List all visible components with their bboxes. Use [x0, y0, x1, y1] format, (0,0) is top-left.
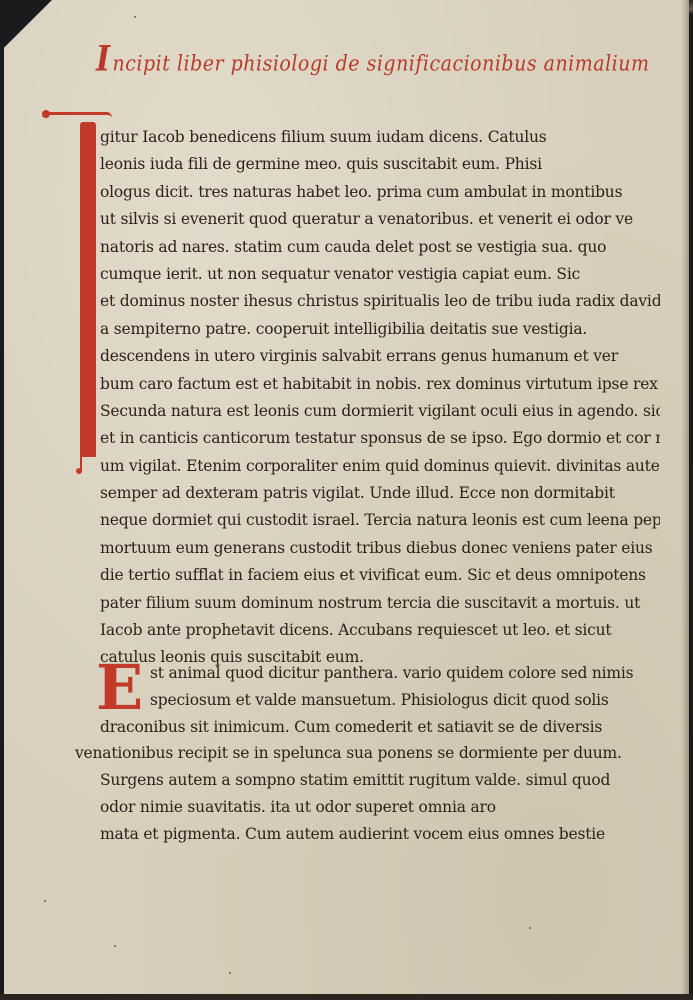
text-line: neque dormiet qui custodit israel. Terci… [100, 507, 660, 536]
parchment-speck [44, 900, 46, 902]
parchment-speck [529, 927, 531, 929]
text-section-panther: st animal quod dicitur panthera. vario q… [100, 660, 660, 848]
text-line: bum caro factum est et habitabit in nobi… [100, 370, 660, 399]
parchment-speck [134, 16, 136, 18]
text-line: a sempiterno patre. cooperuit intelligib… [100, 315, 660, 344]
text-line: descendens in utero virginis salvabit er… [100, 342, 660, 371]
text-line: natoris ad nares. statim cum cauda delet… [100, 233, 660, 262]
text-line: Surgens autem a sompno statim emittit ru… [100, 767, 660, 795]
text-line: ologus dicit. tres naturas habet leo. pr… [100, 178, 660, 207]
text-line: leonis iuda fili de germine meo. quis su… [100, 151, 660, 180]
text-line: mortuum eum generans custodit tribus die… [100, 534, 660, 563]
text-line: ut silvis si evenerit quod queratur a ve… [100, 205, 660, 234]
text-line: um vigilat. Etenim corporaliter enim qui… [100, 452, 660, 481]
text-line: cumque ierit. ut non sequatur venator ve… [100, 260, 660, 289]
text-line: Secunda natura est leonis cum dormierit … [100, 397, 660, 426]
page-bottom-edge [0, 994, 693, 1000]
parchment-speck [114, 945, 116, 947]
initial-i-tail [80, 440, 82, 470]
initial-i-flourish [42, 112, 112, 123]
text-line: speciosum et valde mansuetum. Phisiologu… [100, 686, 660, 714]
text-line: mata et pigmenta. Cum autem audierint vo… [100, 820, 660, 848]
text-line: pater filium suum dominum nostrum tercia… [100, 589, 660, 618]
text-section-lion: gitur Iacob benedicens filium suum iudam… [100, 124, 660, 672]
text-line: odor nimie suavitatis. ita ut odor super… [100, 793, 660, 821]
text-line: st animal quod dicitur panthera. vario q… [100, 659, 660, 687]
text-line: die tertio sufflat in faciem eius et viv… [100, 562, 660, 591]
initial-i-tail-dot [76, 468, 82, 474]
text-line: et dominus noster ihesus christus spirit… [100, 288, 660, 317]
text-line: semper ad dexteram patris vigilat. Unde … [100, 479, 660, 508]
parchment-speck [229, 972, 231, 974]
rubric-initial: I [96, 39, 111, 79]
text-line: draconibus sit inimicum. Cum comederit e… [100, 713, 660, 741]
rubric-heading: Incipit liber phisiologi de significacio… [96, 39, 693, 79]
text-line: Iacob ante prophetavit dicens. Accubans … [100, 616, 660, 645]
text-line: gitur Iacob benedicens filium suum iudam… [100, 123, 660, 152]
text-line: venationibus recipit se in spelunca sua … [75, 740, 660, 768]
text-line: et in canticis canticorum testatur spons… [100, 425, 660, 454]
rubric-text: ncipit liber phisiologi de significacion… [113, 51, 650, 76]
decorated-initial-i [80, 122, 96, 457]
